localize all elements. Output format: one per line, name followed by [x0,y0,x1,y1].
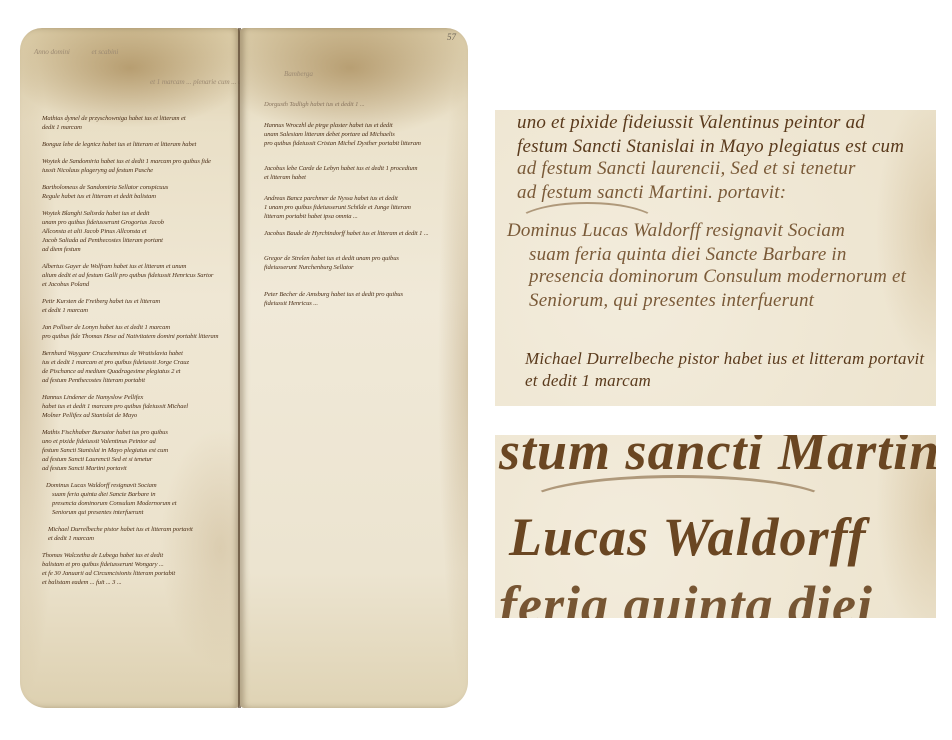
entry-line: Hannus Lindener de Namyslow Pellifex [42,393,218,402]
entry-line: alium dedit et ad festum Galli pro quibu… [42,271,218,280]
entry-line: ad festum Sancti Martini portavit [42,464,218,473]
entry: Mathis Fischhaber Bursator habet ius pro… [42,428,218,473]
entry-line: et litteram habet [264,173,429,182]
detail-line: feria quinta diei [499,575,873,618]
faded-header: Bamberga [284,70,313,80]
entry-line: fideiusserunt Nurchenburg Sellator [264,263,429,272]
left-page-entries: Mathias dymel de przyschowniga habet ius… [42,114,218,595]
entry-line: iussit Nicolaus plageryng ad festum Pasc… [42,166,218,175]
entry-line: Thomas Walczetha de Lubega habet ius et … [42,551,218,560]
manuscript-photo: Anno domini et scabini et 1 marcam ... p… [20,28,468,708]
entry-line: Hannus Wroczhl de pirge plaster habet iu… [264,121,429,130]
left-page: Anno domini et scabini et 1 marcam ... p… [20,28,240,708]
detail-line: stum sancti Martini [499,435,936,481]
entry: Woytek Blanghi Salisrda habet ius et ded… [42,209,218,254]
entry-line: et fe 30 Januarii ad Circumcisionis litt… [42,569,218,578]
entry-line: Woytek de Sandomiria habet ius et dedit … [42,157,218,166]
entry-line: presencia dominorum Consulum Modernorum … [46,499,218,508]
faded-top-entry: et 1 marcam ... plenarie cum ... ad ... … [90,78,240,88]
entry-line: Jacobus Baude de Hyrchindorff habet ius … [264,229,429,238]
entry-line: Woytek Blanghi Salisrda habet ius et ded… [42,209,218,218]
entry-line: Bartholomeus de Sandomiria Sellator cons… [42,183,218,192]
entry-line: ius et dedit 1 marcam et pro quibus fide… [42,358,218,367]
entry: Jacobus lebe Carde de Lebyn habet ius et… [264,164,429,182]
entry-line: Michael Durrelbeche pistor habet ius et … [48,525,218,534]
entry-line: habet ius et dedit 1 marcam pro quibus f… [42,402,218,411]
entry-line: et dedit 1 marcam [42,306,218,315]
entry-line: Dorgusth Tadligh habet ius et dedit 1 ..… [264,100,429,109]
flourish-stroke [515,202,659,246]
entry-line: unam pro quibus fideiusserunt Grogorius … [42,218,218,227]
entry: Dorgusth Tadligh habet ius et dedit 1 ..… [264,100,429,109]
entry-line: Peter Becher de Amsburg habet ius et ded… [264,290,429,299]
detail-crop-1: uno et pixide fideiussit Valentinus pein… [495,110,936,406]
entry: Peter Becher de Amsburg habet ius et ded… [264,290,429,308]
entry: Albertus Gayer de Wolfram habet ius et l… [42,262,218,289]
entry-line: et balistam eadem ... fuit ... 3 ... [42,578,218,587]
entry: Jan Polliser de Lonyn habet ius et dedit… [42,323,218,341]
faded-line: ... plenarie cum ... ad ... [186,78,240,86]
entry-line: Petir Kursten de Freiberg habet ius et l… [42,297,218,306]
entry-line: Albertus Gayer de Wolfram habet ius et l… [42,262,218,271]
detail-line: uno et pixide fideiussit Valentinus pein… [517,112,865,134]
detail-line: presencia dominorum Consulum modernorum … [529,266,906,288]
entry-line: ad diem festum [42,245,218,254]
right-page-entries: Dorgusth Tadligh habet ius et dedit 1 ..… [264,100,429,316]
entry: Bonguz lebe de legnicz habet ius et litt… [42,140,218,149]
entry-line: Andreas Bancz parchmer de Nyssa habet iu… [264,194,429,203]
entry-line: Regule habet ius et litteram et dedit ba… [42,192,218,201]
entry-line: de Pischance ad medium Quadragesime pleg… [42,367,218,376]
entry-line: pro quibus fide Thomas Hese ad Nativitat… [42,332,218,341]
entry-line: dedit 1 marcam [42,123,218,132]
entry-line: Mathis Fischhaber Bursator habet ius pro… [42,428,218,437]
entry: Hannus Wroczhl de pirge plaster habet iu… [264,121,429,148]
detail-line: et dedit 1 marcam [525,370,651,392]
entry: Bernhard Wayganr Cruczheminus de Wratisl… [42,349,218,385]
entry-line: Bonguz lebe de legnicz habet ius et litt… [42,140,218,149]
detail-line: suam feria quinta diei Sancte Barbare in [529,244,847,266]
entry: Andreas Bancz parchmer de Nyssa habet iu… [264,194,429,221]
entry-line: Seniorum qui presentes interfuerunt [46,508,218,517]
entry: Mathias dymel de przyschowniga habet ius… [42,114,218,132]
entry-line: Allconsta et alii Jacob Pinus Allconsta … [42,227,218,236]
entry: Hannus Lindener de Namyslow Pellifex hab… [42,393,218,420]
entry-line: Jacobus lebe Carde de Lebyn habet ius et… [264,164,429,173]
detail-crop-2: stum sancti Martini Lucas Waldorff feria… [495,435,936,618]
entry: Dominus Lucas Waldorff resignavit Sociam… [42,481,218,517]
faded-line: Anno domini [34,48,70,56]
entry-line: balistam et pro quibus fideiusserunt Won… [42,560,218,569]
entry-line: unam Salesiam litteram debet portare ad … [264,130,429,139]
entry-line: Jacob Saliada ad Penthecostes litteram p… [42,236,218,245]
faded-line: et 1 marcam [90,78,185,86]
entry-line: uno et pixide fideiussit Valentinus Pein… [42,437,218,446]
entry: Woytek de Sandomiria habet ius et dedit … [42,157,218,175]
entry-line: litteram portabit habet ipsa omnia ... [264,212,429,221]
entry-line: 1 unam pro quibus fideiusserunt Schilde … [264,203,429,212]
entry: Jacobus Baude de Hyrchindorff habet ius … [264,229,429,238]
entry-line: pro quibus fideiussit Cristan Michel Dys… [264,139,429,148]
entry: Michael Durrelbeche pistor habet ius et … [42,525,218,543]
entry: Gregor de Strelen habet ius et dedit una… [264,254,429,272]
faded-header: Anno domini et scabini [34,48,118,58]
detail-line: festum Sancti Stanislai in Mayo plegiatu… [517,136,904,158]
faded-line: et scabini [72,48,119,56]
entry: Petir Kursten de Freiberg habet ius et l… [42,297,218,315]
entry-line: Mathias dymel de przyschowniga habet ius… [42,114,218,123]
entry-line: et dedit 1 marcam [48,534,218,543]
entry-line: fideiussit Henricus ... [264,299,429,308]
entry-line: ad festum Sancti Laurencii Sed et si ten… [42,455,218,464]
flourish-stroke [525,475,831,531]
detail-line: ad festum Sancti laurencii, Sed et si te… [517,158,856,180]
entry-line: et Jacobus Poland [42,280,218,289]
entry-line: Gregor de Strelen habet ius et dedit una… [264,254,429,263]
detail-line: Seniorum, qui presentes interfuerunt [529,290,814,312]
entry-line: Jan Polliser de Lonyn habet ius et dedit… [42,323,218,332]
entry-line: ad festum Penthecostes litteram portabit [42,376,218,385]
entry-line: festum Sancti Stanislai in Mayo plegiatu… [42,446,218,455]
entry-line: Molner Pellifex ad Stanislai de Mayo [42,411,218,420]
entry: Bartholomeus de Sandomiria Sellator cons… [42,183,218,201]
detail-line: Michael Durrelbeche pistor habet ius et … [525,348,924,370]
folio-number: 57 [447,32,456,42]
entry: Thomas Walczetha de Lubega habet ius et … [42,551,218,587]
entry-line: Bernhard Wayganr Cruczheminus de Wratisl… [42,349,218,358]
detail-line: ad festum sancti Martini. portavit: [517,182,786,204]
entry-line: Dominus Lucas Waldorff resignavit Sociam [46,481,218,490]
entry-line: suam feria quinta diei Sancte Barbare in [46,490,218,499]
right-page: 57 Bamberga Dorgusth Tadligh habet ius e… [240,28,468,708]
